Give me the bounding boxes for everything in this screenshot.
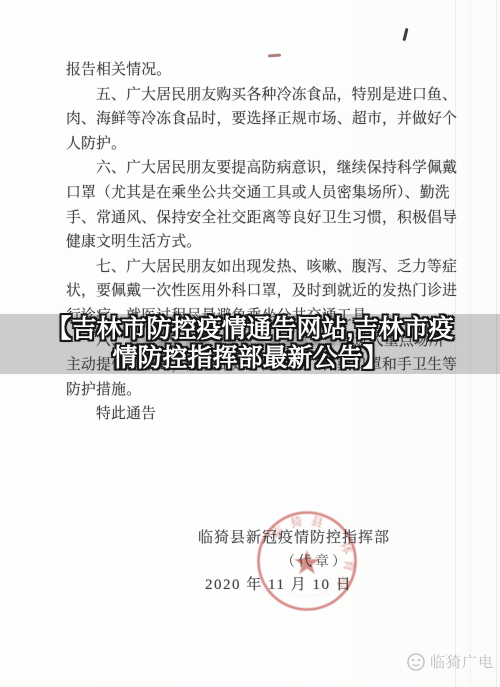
scan-stray-mark [268, 54, 281, 58]
document-line: 口罩（尤其是在乘坐公共交通工具或人员密集场所）、勤洗 [66, 181, 444, 206]
caption-line-1: 【吉林市防控疫情通告网站,吉林市疫 [0, 315, 500, 344]
official-seal-stamp: ★ 临猗县 体育局 ····················· [247, 501, 367, 621]
document-line: 肉、海鲜等冷冻食品时，要选择正规市场、超市，并做好个 [66, 107, 444, 132]
watermark-label: 临猗广电 [430, 651, 494, 672]
caption-line-2: 情防控指挥部最新公告】 [0, 344, 500, 373]
watermark: 临猗广电 [406, 651, 494, 672]
document-line: 五、广大居民朋友购买各种冷冻食品，特别是进口鱼、 [66, 83, 444, 108]
document-line: 报告相关情况。 [66, 58, 444, 83]
seal-star-icon: ★ [292, 546, 322, 582]
document-line: 状，要佩戴一次性医用外科口罩，及时到就近的发热门诊进 [66, 279, 444, 304]
document-line: 手、常通风、保持安全社交距离等良好卫生习惯，积极倡导 [66, 206, 444, 231]
svg-text:临猗县: 临猗县 [268, 513, 331, 542]
document-line: 特此通告 [66, 402, 444, 427]
document-line: 人防护。 [66, 132, 444, 157]
document-line: 防护措施。 [66, 378, 444, 403]
scan-stray-mark [402, 28, 408, 41]
seal-arc-text-upper: 临猗县 [268, 513, 331, 542]
seal-arc-text-bottom: ····················· [278, 582, 337, 600]
svg-text:·····················: ····················· [278, 582, 337, 600]
document-line: 健康文明生活方式。 [66, 230, 444, 255]
scanned-page: 报告相关情况。五、广大居民朋友购买各种冷冻食品，特别是进口鱼、肉、海鲜等冷冻食品… [0, 0, 500, 687]
document-line: 七、广大居民朋友如出现发热、咳嗽、腹泻、乏力等症 [66, 255, 444, 280]
caption-banner: 【吉林市防控疫情通告网站,吉林市疫 情防控指挥部最新公告】 [0, 315, 500, 372]
broadcaster-logo-icon [406, 652, 426, 672]
document-line: 六、广大居民朋友要提高防病意识，继续保持科学佩戴 [66, 156, 444, 181]
